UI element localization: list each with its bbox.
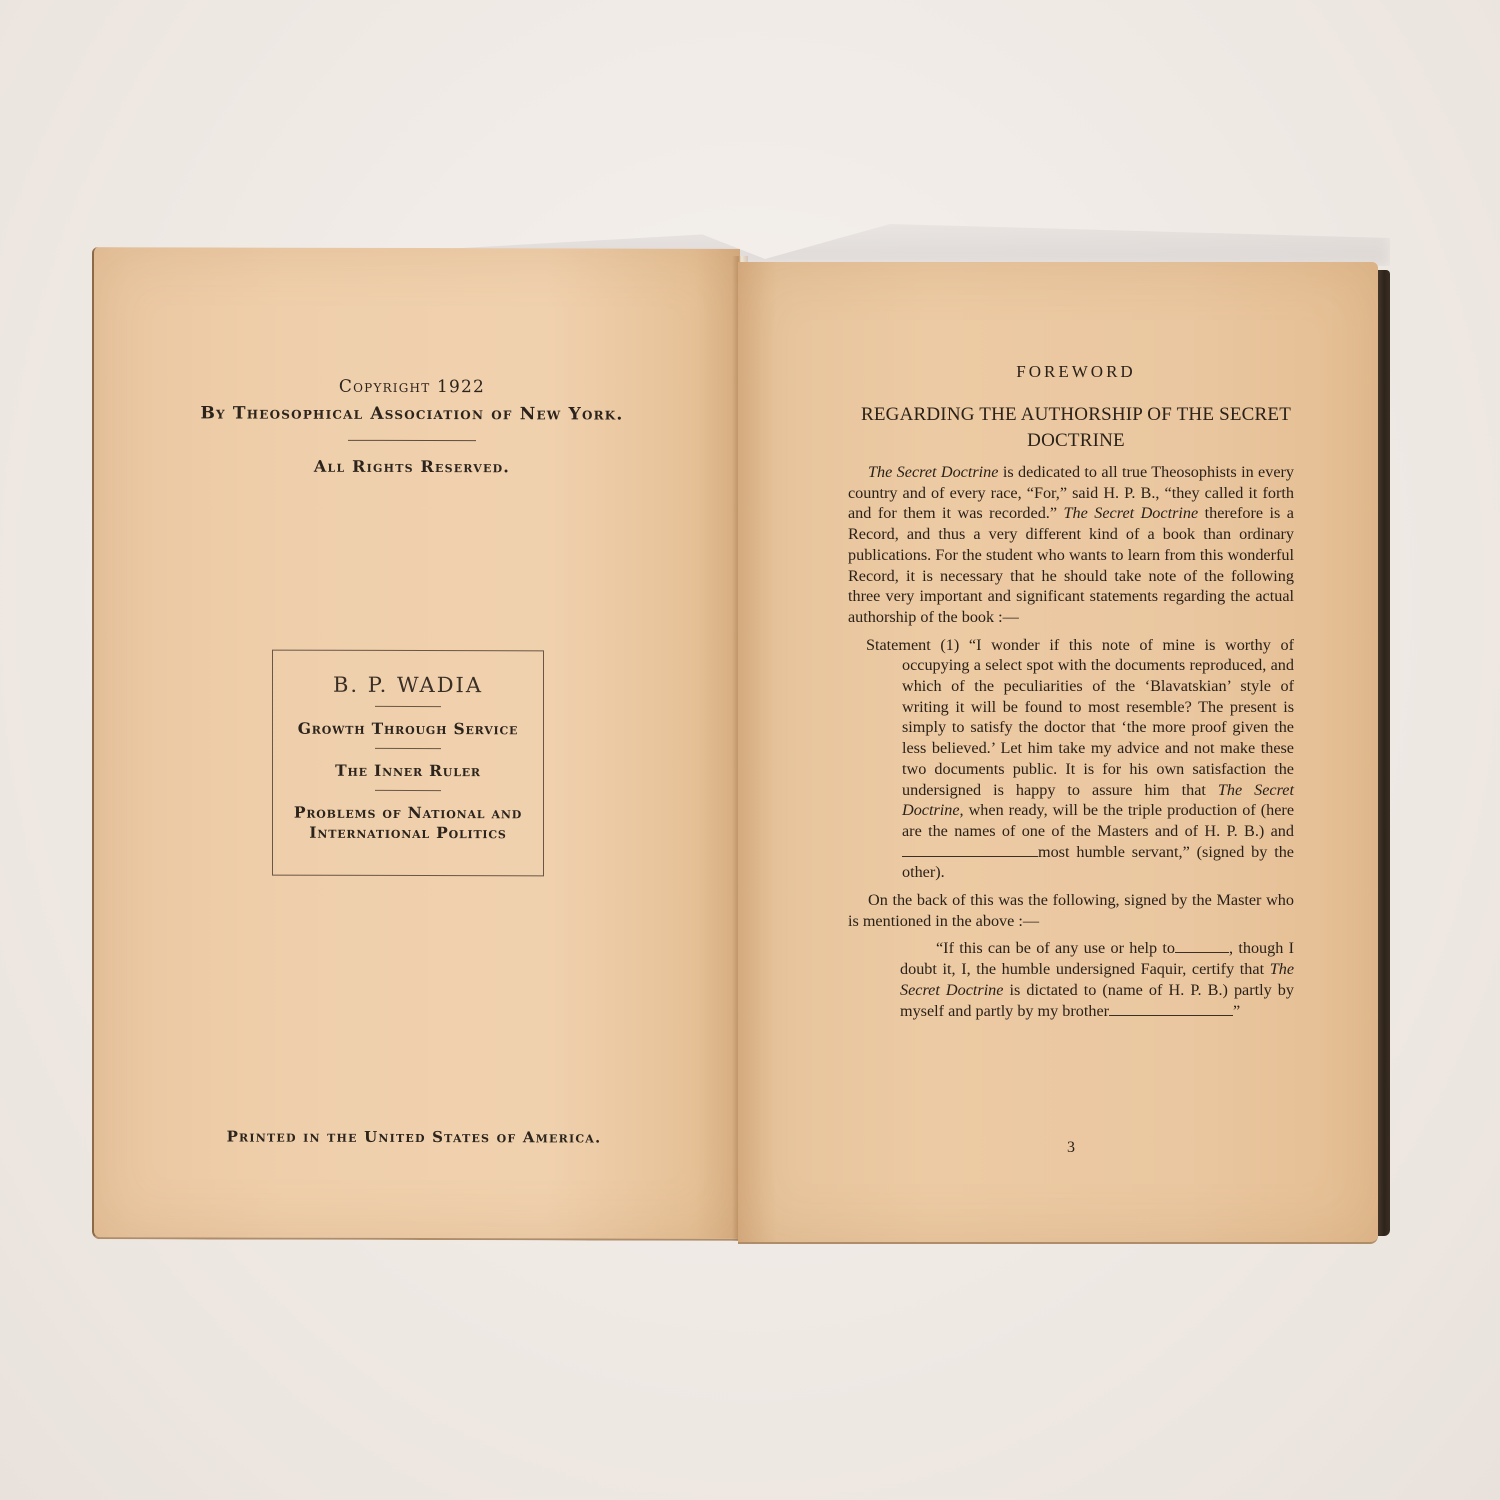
printed-imprint: Printed in the United States of America. bbox=[194, 1127, 634, 1146]
back-cover-edge bbox=[1376, 270, 1390, 1236]
rights-reserved: All Rights Reserved. bbox=[192, 452, 632, 480]
body-text: The Secret Doctrine is dedicated to all … bbox=[848, 462, 1294, 1028]
page-number: 3 bbox=[848, 1139, 1294, 1157]
open-book: Copyright 1922 By Theosophical Associati… bbox=[92, 248, 1392, 1244]
book-title-italic: The Secret Doctrine bbox=[868, 463, 998, 481]
ad-title-2: The Inner Ruler bbox=[273, 761, 543, 782]
copyright-block: Copyright 1922 By Theosophical Associati… bbox=[192, 373, 632, 480]
signature-blank bbox=[902, 844, 1038, 857]
statement-label: Statement (1) bbox=[866, 636, 959, 654]
paragraph-back-note: On the back of this was the following, s… bbox=[848, 890, 1294, 931]
chapter-heading: REGARDING THE AUTHORSHIP OF THE SECRET D… bbox=[848, 402, 1304, 454]
ad-title-3: Problems of National and International P… bbox=[273, 803, 543, 844]
divider-rule bbox=[375, 748, 441, 749]
book-title-italic: The Secret Doctrine bbox=[1064, 504, 1199, 522]
divider-rule bbox=[375, 706, 441, 707]
copyright-line: Copyright 1922 bbox=[192, 373, 632, 401]
name-blank bbox=[1175, 940, 1229, 953]
divider-rule bbox=[348, 440, 476, 441]
author-advert-box: B. P. WADIA Growth Through Service The I… bbox=[272, 650, 544, 877]
publisher-line: By Theosophical Association of New York. bbox=[192, 400, 632, 428]
left-page: Copyright 1922 By Theosophical Associati… bbox=[92, 247, 740, 1241]
statement-text: “I wonder if this note of mine is worthy… bbox=[902, 636, 1294, 799]
name-blank bbox=[1109, 1003, 1233, 1016]
ad-title-1: Growth Through Service bbox=[273, 719, 543, 740]
quote-text: ” bbox=[1233, 1002, 1240, 1020]
ad-author: B. P. WADIA bbox=[273, 673, 543, 698]
divider-rule bbox=[375, 790, 441, 791]
statement-1: Statement (1) “I wonder if this note of … bbox=[866, 635, 1294, 883]
paragraph-text: therefore is a Record, and thus a very d… bbox=[848, 504, 1294, 626]
paragraph-intro: The Secret Doctrine is dedicated to all … bbox=[848, 462, 1294, 628]
section-label: FOREWORD bbox=[848, 362, 1304, 382]
quote-text: “If this can be of any use or help to bbox=[936, 939, 1175, 957]
quote-master: “If this can be of any use or help to, t… bbox=[900, 938, 1294, 1021]
